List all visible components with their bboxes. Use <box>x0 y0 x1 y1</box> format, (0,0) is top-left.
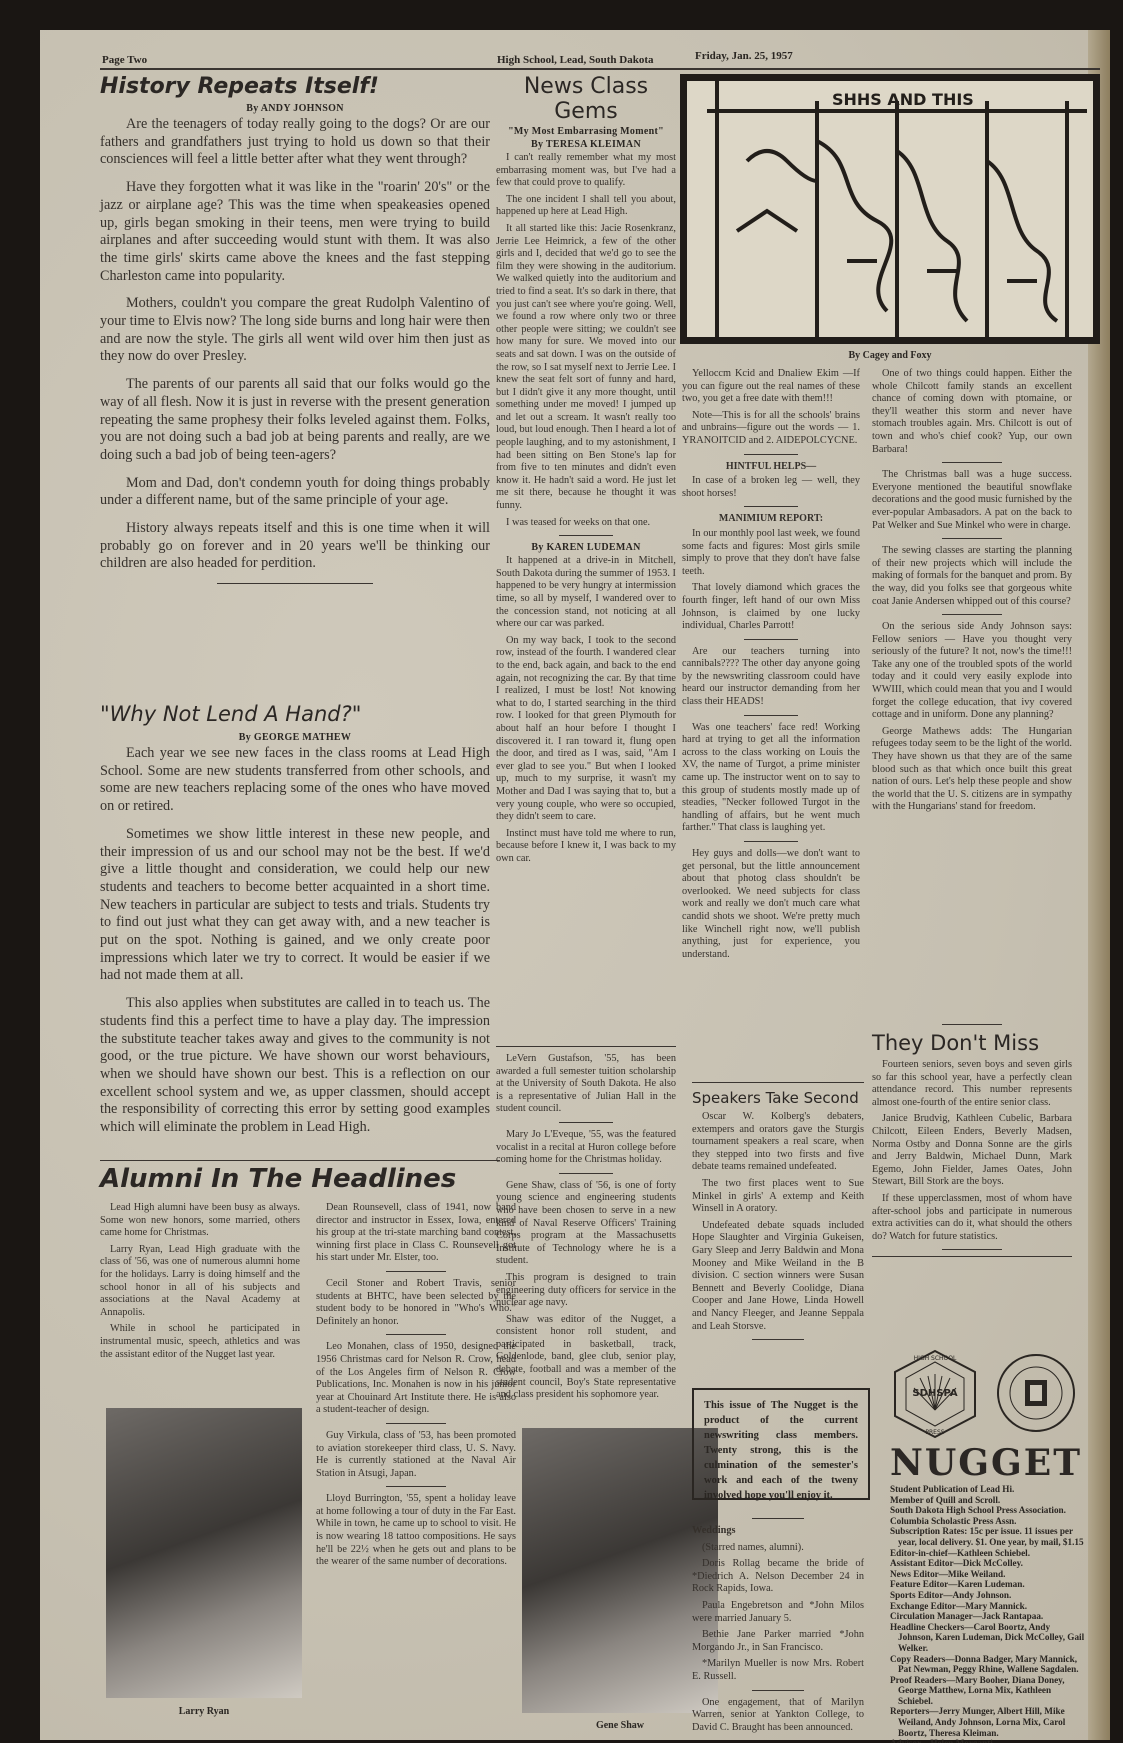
paragraph: Doris Rollag became the bride of *Diedri… <box>692 1558 864 1596</box>
masthead-line: South Dakota High School Press Associati… <box>890 1505 1085 1516</box>
paragraph: Janice Brudvig, Kathleen Cubelic, Barbar… <box>872 1113 1072 1189</box>
issue-date: Friday, Jan. 25, 1957 <box>695 50 793 62</box>
paragraph: George Mathews adds: The Hungarian refug… <box>872 726 1072 814</box>
divider <box>942 462 1002 463</box>
alumni-column-2: Dean Rounsevell, class of 1941, now band… <box>316 1202 516 1573</box>
gossip-column-2: One of two things could happen. Either t… <box>872 368 1072 818</box>
press-association-seal-icon: SDHSPA HIGH SCHOOL PRESS <box>890 1348 980 1440</box>
photo-caption: Gene Shaw <box>522 1720 718 1731</box>
paragraph: History always repeats itself and this i… <box>100 520 490 573</box>
headline: News Class Gems <box>496 74 676 124</box>
masthead-line: Sports Editor—Andy Johnson. <box>890 1590 1085 1601</box>
paragraph: Mothers, couldn't you compare the great … <box>100 295 490 366</box>
paragraph: On the serious side Andy Johnson says: F… <box>872 621 1072 722</box>
paragraph: I can't really remember what my most emb… <box>496 152 676 190</box>
headline: "Why Not Lend A Hand?" <box>100 702 490 726</box>
divider <box>752 1518 804 1519</box>
article-weddings: Weddings (Starred names, alumni). Doris … <box>692 1512 864 1738</box>
divider <box>559 1122 613 1123</box>
masthead-line: Columbia Scholastic Press Assn. <box>890 1516 1085 1527</box>
article-speakers-take-second: Speakers Take Second Oscar W. Kolberg's … <box>692 1076 864 1346</box>
photo-gene-shaw <box>522 1428 718 1713</box>
divider <box>942 614 1002 615</box>
headline: Speakers Take Second <box>692 1089 864 1107</box>
masthead-title: NUGGET <box>890 1442 1085 1484</box>
paragraph: Guy Virkula, class of '53, has been prom… <box>316 1430 516 1480</box>
paragraph: It happened at a drive-in in Mitchell, S… <box>496 555 676 631</box>
divider <box>217 583 373 584</box>
article-they-dont-miss: They Don't Miss Fourteen seniors, seven … <box>872 1018 1072 1263</box>
byline: By ANDY JOHNSON <box>100 103 490 114</box>
divider <box>744 639 797 640</box>
byline: By KAREN LUDEMAN <box>496 542 676 553</box>
paragraph: LeVern Gustafson, '55, has been awarded … <box>496 1053 676 1116</box>
paragraph: Are the teenagers of today really going … <box>100 116 490 169</box>
divider <box>386 1271 446 1272</box>
masthead-line: Editor-in-chief—Kathleen Schiebel. <box>890 1548 1085 1559</box>
paragraph: Yelloccm Kcid and Dnaliew Ekim —If you c… <box>682 368 860 406</box>
publication-line: High School, Lead, South Dakota <box>497 54 653 66</box>
byline: By TERESA KLEIMAN <box>496 139 676 150</box>
paragraph: Mom and Dad, don't condemn youth for doi… <box>100 475 490 510</box>
masthead-line: Copy Readers—Donna Badger, Mary Mannick,… <box>890 1654 1085 1675</box>
paragraph: It all started like this: Jacie Rosenkra… <box>496 223 676 513</box>
paragraph: Are our teachers turning into cannibals?… <box>682 646 860 709</box>
divider <box>386 1423 446 1424</box>
svg-text:PRESS: PRESS <box>925 1429 944 1436</box>
paragraph: In our monthly pool last week, we found … <box>682 528 860 578</box>
cartoon-caption: By Cagey and Foxy <box>680 350 1100 361</box>
header-rule <box>100 68 1100 70</box>
divider <box>692 1082 864 1083</box>
notice-box: This issue of The Nugget is the product … <box>692 1388 870 1500</box>
paragraph: Fourteen seniors, seven boys and seven g… <box>872 1059 1072 1109</box>
paragraph: Leo Monahen, class of 1950, designed the… <box>316 1341 516 1417</box>
divider <box>942 1024 1002 1025</box>
masthead-line: Feature Editor—Karen Ludeman. <box>890 1579 1085 1590</box>
masthead-line: Subscription Rates: 15c per issue. 11 is… <box>890 1526 1085 1547</box>
paragraph: Mary Jo L'Eveque, '55, was the featured … <box>496 1129 676 1167</box>
paragraph: Gene Shaw, class of '56, is one of forty… <box>496 1180 676 1268</box>
article-history-repeats: History Repeats Itself! By ANDY JOHNSON … <box>100 74 490 590</box>
paragraph: Undefeated debate squads included Hope S… <box>692 1220 864 1333</box>
divider <box>752 1690 804 1691</box>
paragraph: Was one teachers' face red! Working hard… <box>682 722 860 835</box>
paragraph: (Starred names, alumni). <box>692 1542 864 1555</box>
divider <box>942 538 1002 539</box>
alumni-column-3: LeVern Gustafson, '55, has been awarded … <box>496 1040 676 1406</box>
divider <box>752 1339 804 1340</box>
national-seal <box>995 1352 1077 1434</box>
divider <box>942 1249 1002 1250</box>
cartoon-illustration: SHHS AND THIS <box>680 74 1100 344</box>
gossip-column-1: Yelloccm Kcid and Dnaliew Ekim —If you c… <box>682 368 860 965</box>
divider <box>744 506 797 507</box>
paragraph: Each year we see new faces in the class … <box>100 745 490 816</box>
subhead: MANIMIUM REPORT: <box>682 513 860 526</box>
divider <box>744 715 797 716</box>
paragraph: On my way back, I took to the second row… <box>496 635 676 824</box>
photo-larry-ryan <box>106 1408 302 1698</box>
paragraph: Have they forgotten what it was like in … <box>100 179 490 285</box>
paragraph: One of two things could happen. Either t… <box>872 368 1072 456</box>
page-number: Page Two <box>102 54 147 66</box>
paragraph: Note—This is for all the schools' brains… <box>682 410 860 448</box>
subhead: Weddings <box>692 1525 864 1538</box>
section-rule <box>100 1160 500 1161</box>
divider <box>559 1173 613 1174</box>
paragraph: Oscar W. Kolberg's debaters, extempers a… <box>692 1111 864 1174</box>
masthead-line: Reporters—Jerry Munger, Albert Hill, Mik… <box>890 1706 1085 1738</box>
masthead-line: Student Publication of Lead Hi. <box>890 1484 1085 1495</box>
notice-text: This issue of The Nugget is the product … <box>704 1398 858 1503</box>
paragraph: While in school he participated in instr… <box>100 1323 300 1361</box>
paragraph: Sometimes we show little interest in the… <box>100 826 490 985</box>
divider <box>386 1486 446 1487</box>
paragraph: Larry Ryan, Lead High graduate with the … <box>100 1244 300 1320</box>
masthead-line: News Editor—Mike Weiland. <box>890 1569 1085 1580</box>
paragraph: One engagement, that of Marilyn Warren, … <box>692 1697 864 1735</box>
article-news-class-gems: News Class Gems "My Most Embarrasing Mom… <box>496 74 676 869</box>
headline: They Don't Miss <box>872 1031 1072 1055</box>
divider <box>872 1256 1072 1257</box>
paragraph: Instinct must have told me where to run,… <box>496 828 676 866</box>
svg-text:HIGH SCHOOL: HIGH SCHOOL <box>914 1355 957 1362</box>
alumni-column-1: Lead High alumni have been busy as alway… <box>100 1202 300 1365</box>
headline: History Repeats Itself! <box>100 74 490 99</box>
paragraph: This also applies when substitutes are c… <box>100 995 490 1137</box>
masthead-line: Circulation Manager—Jack Rantapaa. <box>890 1611 1085 1622</box>
paragraph: That lovely diamond which graces the fou… <box>682 582 860 632</box>
subhead: HINTFUL HELPS— <box>682 461 860 474</box>
paragraph: Dean Rounsevell, class of 1941, now band… <box>316 1202 516 1265</box>
paragraph: Lead High alumni have been busy as alway… <box>100 1202 300 1240</box>
paragraph: I was teased for weeks on that one. <box>496 517 676 530</box>
paragraph: Cecil Stoner and Robert Travis, senior s… <box>316 1278 516 1328</box>
divider <box>559 535 613 536</box>
svg-text:SDHSPA: SDHSPA <box>912 1388 957 1399</box>
masthead-line: Exchange Editor—Mary Mannick. <box>890 1601 1085 1612</box>
paragraph: The sewing classes are starting the plan… <box>872 545 1072 608</box>
masthead-line: Member of Quill and Scroll. <box>890 1495 1085 1506</box>
paragraph: In case of a broken leg — well, they sho… <box>682 475 860 500</box>
paragraph: *Marilyn Mueller is now Mrs. Robert E. R… <box>692 1658 864 1683</box>
paragraph: Shaw was editor of the Nugget, a consist… <box>496 1314 676 1402</box>
article-lend-a-hand: "Why Not Lend A Hand?" By GEORGE MATHEW … <box>100 702 490 1147</box>
paragraph: The one incident I shall tell you about,… <box>496 194 676 219</box>
masthead-line: Headline Checkers—Carol Boortz, Andy Joh… <box>890 1622 1085 1654</box>
sdhspa-seal: SDHSPA HIGH SCHOOL PRESS <box>890 1348 980 1440</box>
paragraph: The parents of our parents all said that… <box>100 376 490 465</box>
svg-text:SHHS AND THIS: SHHS AND THIS <box>832 90 974 109</box>
paragraph: The two first places went to Sue Minkel … <box>692 1178 864 1216</box>
subtitle: "My Most Embarrasing Moment" <box>496 126 676 137</box>
paragraph: This program is designed to train engine… <box>496 1272 676 1310</box>
newspaper-page: Page Two High School, Lead, South Dakota… <box>40 30 1110 1740</box>
masthead-line: Proof Readers—Mary Booher, Diana Doney, … <box>890 1675 1085 1707</box>
paragraph: Lloyd Burrington, '55, spent a holiday l… <box>316 1493 516 1569</box>
scholastic-press-seal-icon <box>995 1352 1077 1434</box>
masthead-line: Advisor—Helen Morganti. <box>890 1738 1085 1743</box>
masthead-line: Assistant Editor—Dick McColley. <box>890 1558 1085 1569</box>
divider <box>386 1334 446 1335</box>
paragraph: Hey guys and dolls—we don't want to get … <box>682 848 860 961</box>
paragraph: If these upperclassmen, most of whom hav… <box>872 1193 1072 1243</box>
paragraph: Paula Engebretson and *John Milos were m… <box>692 1600 864 1625</box>
paragraph: The Christmas ball was a huge success. E… <box>872 469 1072 532</box>
photo-caption: Larry Ryan <box>106 1706 302 1717</box>
masthead: NUGGET Student Publication of Lead Hi. M… <box>890 1442 1085 1743</box>
divider <box>744 841 797 842</box>
divider <box>496 1046 676 1047</box>
cartoon-drawing-icon: SHHS AND THIS <box>687 81 1093 337</box>
paragraph: Bethie Jane Parker married *John Morgand… <box>692 1629 864 1654</box>
byline: By GEORGE MATHEW <box>100 732 490 743</box>
divider <box>744 454 797 455</box>
